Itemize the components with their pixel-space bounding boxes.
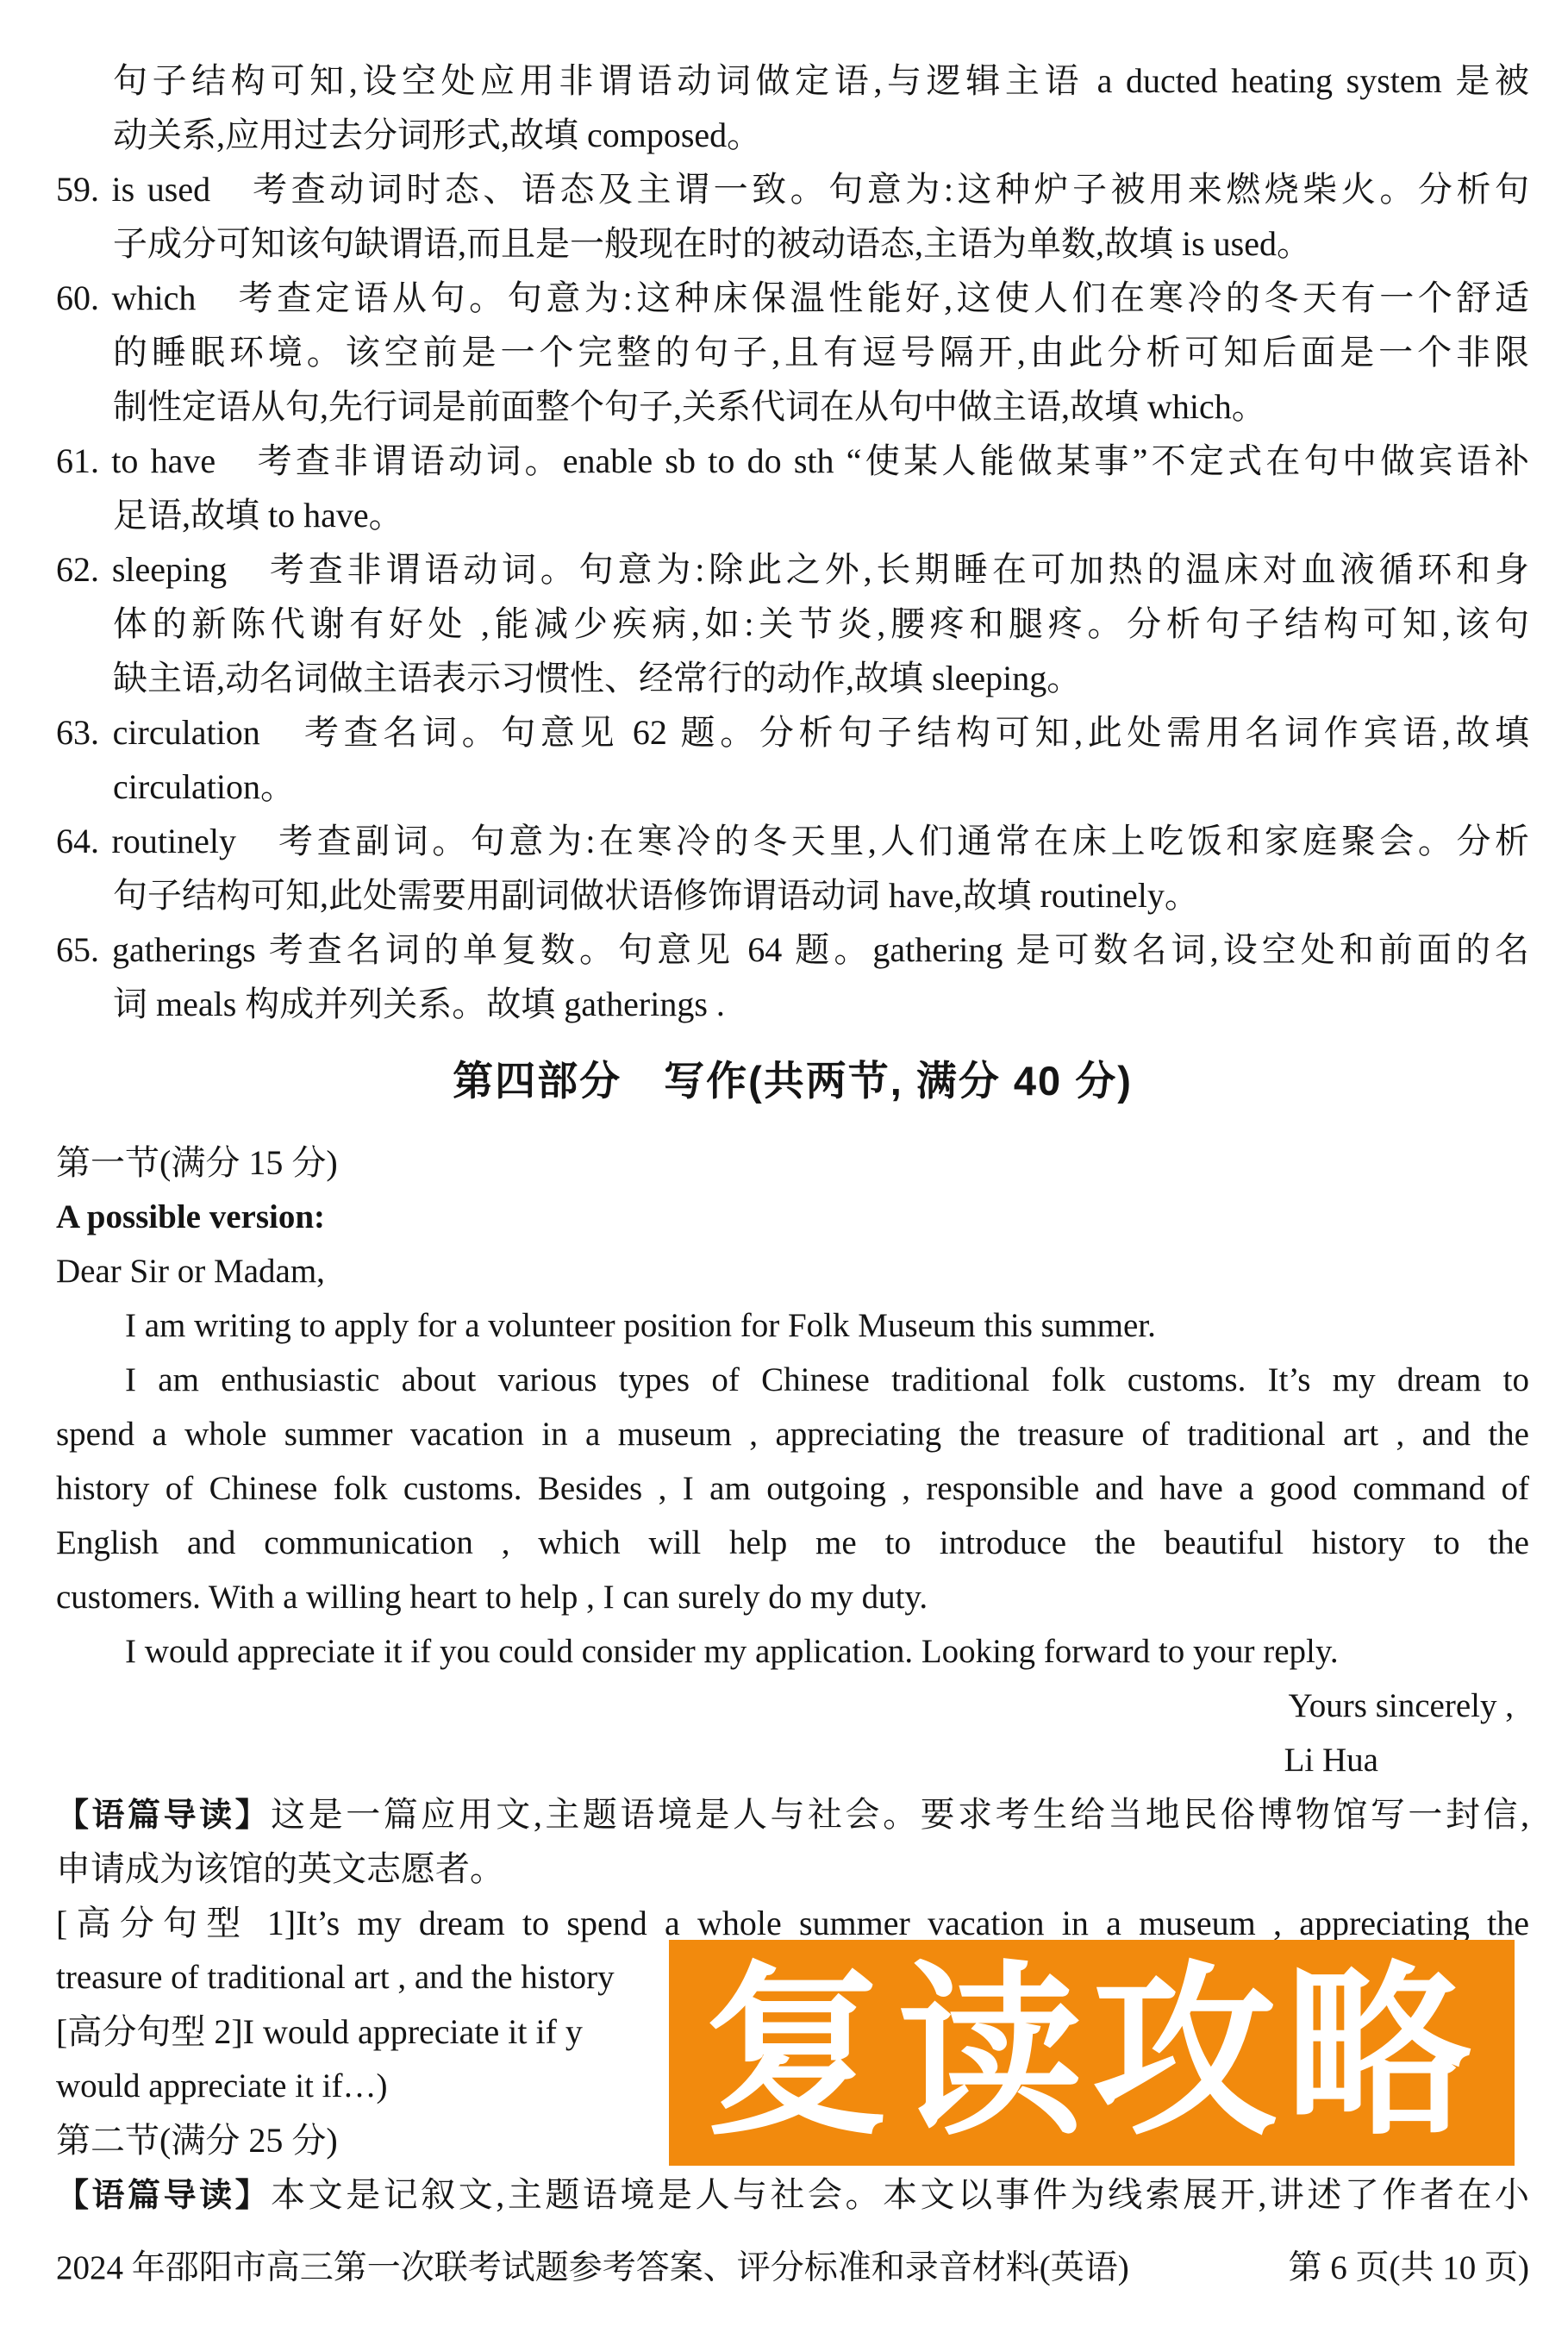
text-line: I would appreciate it if you could consi… bbox=[56, 1624, 1529, 1679]
text-line: 子成分可知该句缺谓语,而且是一般现在时的被动语态,主语为单数,故填 is use… bbox=[56, 216, 1529, 271]
text-line: Dear Sir or Madam, bbox=[56, 1244, 1529, 1298]
text-line: 第一节(满分 15 分) bbox=[56, 1135, 1529, 1190]
watermark-banner: 复读攻略 bbox=[669, 1940, 1515, 2166]
page-footer: 2024 年邵阳市高三第一次联考试题参考答案、评分标准和录音材料(英语) 第 6… bbox=[56, 2241, 1529, 2295]
text-line: 64. routinely 考查副词。句意为:在寒冷的冬天里,人们通常在床上吃饭… bbox=[56, 814, 1529, 868]
footer-page-number: 第 6 页(共 10 页) bbox=[1289, 2241, 1529, 2295]
text-line: 制性定语从句,先行词是前面整个句子,关系代词在从句中做主语,故填 which。 bbox=[56, 379, 1529, 434]
text-line: Yours sincerely , bbox=[56, 1679, 1529, 1733]
text-line: English and communication , which will h… bbox=[56, 1516, 1529, 1570]
text-line: 句子结构可知,此处需要用副词做状语修饰谓语动词 have,故填 routinel… bbox=[56, 868, 1529, 922]
text-line: 59. is used 考查动词时态、语态及主谓一致。句意为:这种炉子被用来燃烧… bbox=[56, 162, 1529, 216]
text-line: circulation。 bbox=[56, 760, 1529, 814]
text-line: 60. which 考查定语从句。句意为:这种床保温性能好,这使人们在寒冷的冬天… bbox=[56, 271, 1529, 325]
text-line: 体的新陈代谢有好处 ,能减少疾病,如:关节炎,腰疼和腿疼。分析句子结构可知,该句 bbox=[56, 597, 1529, 651]
watermark-text: 复读攻略 bbox=[704, 1940, 1480, 2166]
footer-title: 2024 年邵阳市高三第一次联考试题参考答案、评分标准和录音材料(英语) bbox=[56, 2241, 1129, 2295]
part4-heading: 第四部分 写作(共两节, 满分 40 分) bbox=[56, 1053, 1529, 1110]
text-line: 缺主语,动名词做主语表示习惯性、经常行的动作,故填 sleeping。 bbox=[56, 651, 1529, 705]
text-line: 61. to have 考查非谓语动词。enable sb to do sth … bbox=[56, 434, 1529, 488]
text-line: A possible version: bbox=[56, 1190, 1529, 1244]
text-line: 【语篇导读】这是一篇应用文,主题语境是人与社会。要求考生给当地民俗博物馆写一封信… bbox=[56, 1787, 1529, 1842]
grammar-explanations-section: 句子结构可知,设空处应用非谓语动词做定语,与逻辑主语 a ducted heat… bbox=[56, 53, 1529, 1031]
text-line: customers. With a willing heart to help … bbox=[56, 1570, 1529, 1624]
text-line: 足语,故填 to have。 bbox=[56, 488, 1529, 542]
text-line: spend a whole summer vacation in a museu… bbox=[56, 1407, 1529, 1461]
text-line: 65. gatherings 考查名词的单复数。句意见 64 题。gatheri… bbox=[56, 922, 1529, 977]
text-line: 62. sleeping 考查非谓语动词。句意为:除此之外,长期睡在可加热的温床… bbox=[56, 542, 1529, 597]
text-line: I am writing to apply for a volunteer po… bbox=[56, 1298, 1529, 1353]
text-line: 动关系,应用过去分词形式,故填 composed。 bbox=[56, 108, 1529, 162]
text-line: 【语篇导读】本文是记叙文,主题语境是人与社会。本文以事件为线索展开,讲述了作者在… bbox=[56, 2167, 1529, 2222]
answer-key-page: 句子结构可知,设空处应用非谓语动词做定语,与逻辑主语 a ducted heat… bbox=[0, 0, 1568, 2339]
paragraph-label: 【语篇导读】 bbox=[56, 2178, 271, 2214]
text-line: 词 meals 构成并列关系。故填 gatherings . bbox=[56, 977, 1529, 1031]
text-line: I am enthusiastic about various types of… bbox=[56, 1353, 1529, 1407]
text-line: 的睡眠环境。该空前是一个完整的句子,且有逗号隔开,由此分析可知后面是一个非限 bbox=[56, 325, 1529, 379]
text-line: 申请成为该馆的英文志愿者。 bbox=[56, 1842, 1529, 1896]
text-line: 63. circulation 考查名词。句意见 62 题。分析句子结构可知,此… bbox=[56, 705, 1529, 760]
text-line: Li Hua bbox=[56, 1733, 1529, 1787]
text-line: 句子结构可知,设空处应用非谓语动词做定语,与逻辑主语 a ducted heat… bbox=[56, 53, 1529, 108]
text-line: history of Chinese folk customs. Besides… bbox=[56, 1461, 1529, 1516]
paragraph-label: 【语篇导读】 bbox=[56, 1798, 271, 1834]
